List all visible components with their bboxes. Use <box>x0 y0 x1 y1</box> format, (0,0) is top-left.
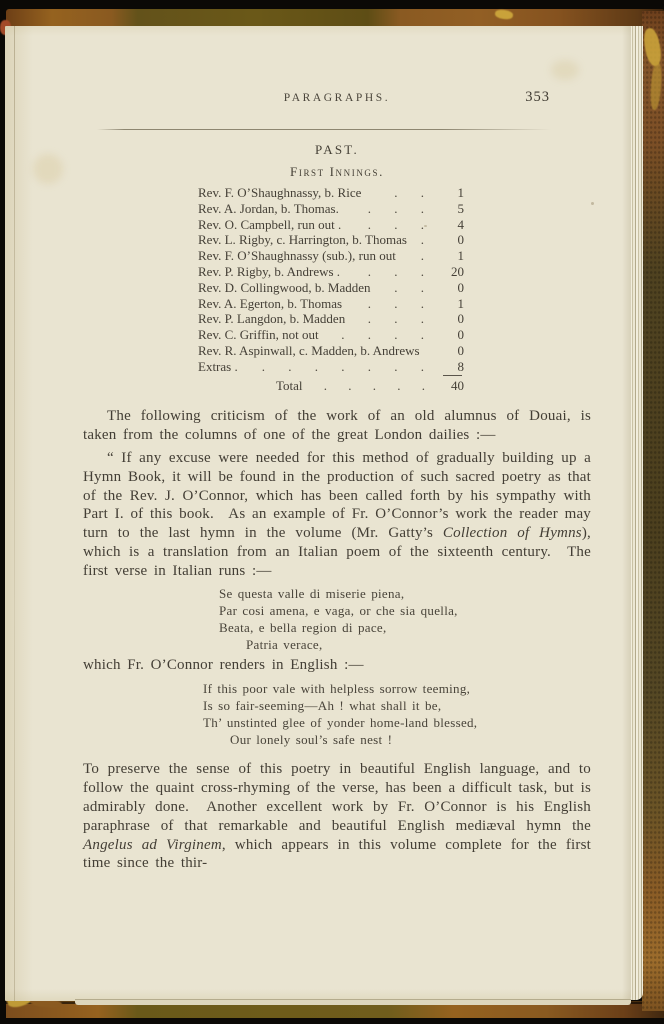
scorecard-row: Rev. A. Jordan, b. Thomas. . . . 5 <box>198 201 464 217</box>
book-scan: PARAGRAPHS. 353 PAST. First Innings. Rev… <box>0 0 664 1024</box>
running-header: PARAGRAPHS. <box>83 92 591 104</box>
book-page: PARAGRAPHS. 353 PAST. First Innings. Rev… <box>5 26 631 1001</box>
innings-subheading: First Innings. <box>83 164 591 180</box>
italic-title: Angelus ad Virginem <box>83 837 222 853</box>
leader-dots: . . . . . . . <box>238 359 440 375</box>
verse-line: Patria verace, <box>219 636 591 653</box>
page-header: PARAGRAPHS. 353 <box>83 92 591 108</box>
leader-dots: . . . <box>342 296 440 312</box>
runs-value: 0 <box>440 343 464 359</box>
verse-line: Par cosi amena, e vaga, or che sia quell… <box>219 602 591 619</box>
leader-dots: . . <box>361 185 440 201</box>
batsman-name: Rev. R. Aspinwall, c. Madden, b. Andrews <box>198 343 420 359</box>
leader-dots: . . . <box>345 311 440 327</box>
verse-line: Is so fair-seeming—Ah ! what shall it be… <box>203 697 591 714</box>
leader-dots: . . <box>370 280 440 296</box>
extras-label: Extras . <box>198 359 238 375</box>
batsman-name: Rev. F. O’Shaughnassy (sub.), run out <box>198 248 396 264</box>
italian-verse: Se questa valle di miserie piena, Par co… <box>219 585 591 653</box>
header-rule <box>97 129 551 130</box>
page-content: PARAGRAPHS. 353 PAST. First Innings. Rev… <box>5 26 631 873</box>
batsman-name: Rev. P. Langdon, b. Madden <box>198 311 345 327</box>
batsman-name: Rev. C. Griffin, not out <box>198 327 319 343</box>
scorecard-row: Rev. P. Rigby, b. Andrews . . . . 20 <box>198 264 464 280</box>
paragraph-criticism-intro: The following criticism of the work of a… <box>83 407 591 445</box>
book-cover-right-edge <box>642 11 664 1011</box>
scorecard-row-extras: Extras . . . . . . . . 8 <box>198 359 464 375</box>
leader-dots: . . . <box>341 217 440 233</box>
extras-sum-rule <box>443 375 462 376</box>
batsman-name: Rev. P. Rigby, b. Andrews . <box>198 264 340 280</box>
runs-value: 1 <box>440 185 464 201</box>
scorecard-row: Rev. O. Campbell, run out . . . . 4 <box>198 217 464 233</box>
leader-dots: . <box>407 232 440 248</box>
runs-value: 1 <box>440 296 464 312</box>
leader-dots: . <box>396 248 440 264</box>
verse-line: Our lonely soul’s safe nest ! <box>203 731 591 748</box>
page-edge-stack <box>630 26 643 1000</box>
batsman-name: Rev. L. Rigby, c. Harrington, b. Thomas <box>198 232 407 248</box>
runs-value: 0 <box>440 327 464 343</box>
batsman-name: Rev. F. O’Shaughnassy, b. Rice <box>198 185 361 201</box>
section-heading: PAST. <box>83 142 591 158</box>
scorecard-row: Rev. R. Aspinwall, c. Madden, b. Andrews… <box>198 343 464 359</box>
runs-value: 1 <box>440 248 464 264</box>
paragraph-criticism-quote: “ If any excuse were needed for this met… <box>83 449 591 581</box>
runs-value: 4 <box>440 217 464 233</box>
commentary-text: To preserve the sense of this poetry in … <box>83 761 591 833</box>
page-number: 353 <box>525 89 550 106</box>
italic-title: Collection of Hymns <box>443 525 582 541</box>
scorecard-row: Rev. D. Collingwood, b. Madden . . 0 <box>198 280 464 296</box>
runs-value: 5 <box>440 201 464 217</box>
verse-line: Se questa valle di miserie piena, <box>219 585 591 602</box>
batsman-name: Rev. A. Egerton, b. Thomas <box>198 296 342 312</box>
runs-value: 0 <box>440 311 464 327</box>
batsman-name: Rev. D. Collingwood, b. Madden <box>198 280 370 296</box>
scorecard-row: Rev. P. Langdon, b. Madden . . . 0 <box>198 311 464 327</box>
runs-value: 20 <box>440 264 464 280</box>
english-verse: If this poor vale with helpless sorrow t… <box>203 680 591 748</box>
leader-dots: . . . . . <box>303 378 440 394</box>
runs-value: 8 <box>440 359 464 375</box>
leader-dots: . . . . <box>319 327 440 343</box>
batsman-name: Rev. O. Campbell, run out . <box>198 217 341 233</box>
leader-dots: . . . <box>340 264 440 280</box>
total-row: Total . . . . . 40 <box>276 378 464 394</box>
total-value: 40 <box>440 378 464 394</box>
scorecard: Rev. F. O’Shaughnassy, b. Rice . . 1 Rev… <box>198 185 464 393</box>
runs-value: 0 <box>440 280 464 296</box>
scorecard-row: Rev. A. Egerton, b. Thomas . . . 1 <box>198 296 464 312</box>
scorecard-row: Rev. F. O’Shaughnassy (sub.), run out . … <box>198 248 464 264</box>
scorecard-row: Rev. L. Rigby, c. Harrington, b. Thomas … <box>198 232 464 248</box>
verse-line: Beata, e bella region di pace, <box>219 619 591 636</box>
leader-dots: . . . <box>339 201 440 217</box>
verse-line: Th’ unstinted glee of yonder home-land b… <box>203 714 591 731</box>
scorecard-row: Rev. C. Griffin, not out . . . . 0 <box>198 327 464 343</box>
scorecard-row: Rev. F. O’Shaughnassy, b. Rice . . 1 <box>198 185 464 201</box>
runs-value: 0 <box>440 232 464 248</box>
verse-line: If this poor vale with helpless sorrow t… <box>203 680 591 697</box>
paragraph-renders-intro: which Fr. O’Connor renders in English :— <box>83 656 591 675</box>
total-label: Total <box>276 378 303 394</box>
paragraph-commentary: To preserve the sense of this poetry in … <box>83 760 591 873</box>
batsman-name: Rev. A. Jordan, b. Thomas. <box>198 201 339 217</box>
